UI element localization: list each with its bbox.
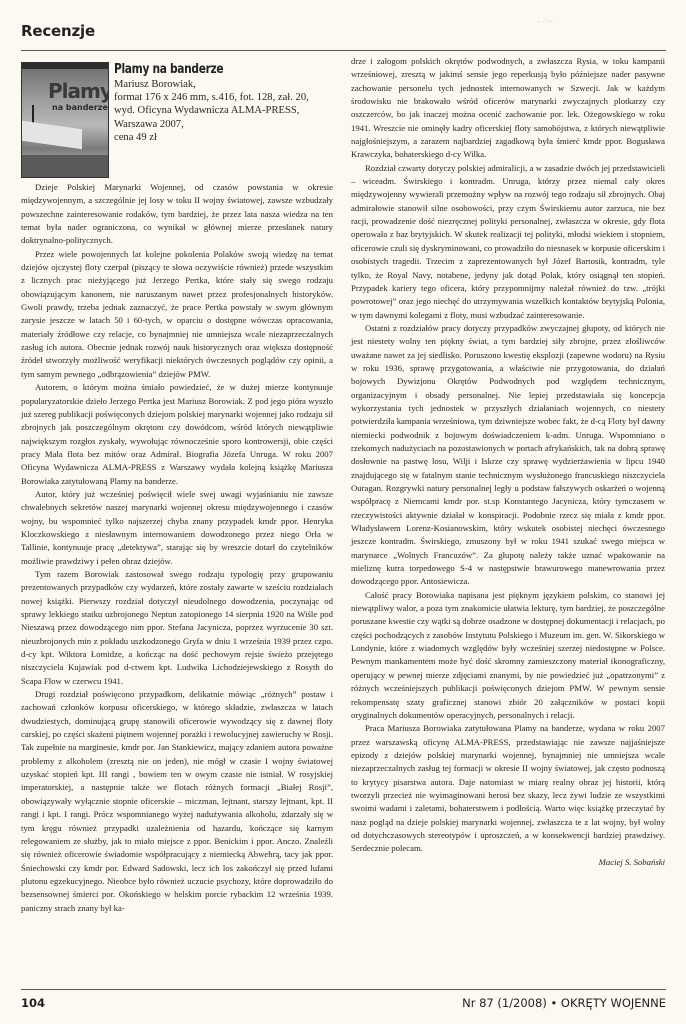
article-right-column: drze i załogom polskich okrętów podwodny… bbox=[351, 55, 665, 869]
paragraph: Drugi rozdział poświęcono przypadkom, de… bbox=[21, 688, 333, 915]
paragraph: Rozdział czwarty dotyczy polskiej admira… bbox=[351, 162, 665, 322]
magazine-issue: Nr 87 (1/2008) • OKRĘTY WOJENNE bbox=[462, 996, 666, 1010]
paragraph: Ostatni z rozdziałów pracy dotyczy przyp… bbox=[351, 322, 665, 589]
cover-top-band bbox=[22, 63, 108, 69]
paragraph: Całość pracy Borowiaka napisana jest pię… bbox=[351, 589, 665, 722]
article-left-column: Dzieje Polskiej Marynarki Wojennej, od c… bbox=[21, 181, 333, 915]
book-price: cena 49 zł bbox=[114, 131, 339, 144]
paragraph: Autor, który już wcześniej poświęcił wie… bbox=[21, 488, 333, 568]
cover-title-line2: na banderze bbox=[52, 103, 108, 112]
author-signature: Maciej S. Sobański bbox=[351, 856, 665, 869]
book-title: Plamy na banderze bbox=[114, 62, 299, 78]
margin-scribble: . .·.. · bbox=[538, 16, 556, 24]
section-title: Recenzje bbox=[21, 22, 95, 40]
paragraph: Dzieje Polskiej Marynarki Wojennej, od c… bbox=[21, 181, 333, 248]
section-header: Recenzje . .·.. · bbox=[21, 12, 666, 51]
book-details: Plamy na banderze Mariusz Borowiak, form… bbox=[114, 62, 339, 144]
book-format: format 176 x 246 mm, s.416, fot. 128, za… bbox=[114, 91, 339, 104]
cover-base-graphic bbox=[22, 155, 108, 177]
cover-ship-graphic bbox=[22, 121, 82, 149]
page-number: 104 bbox=[21, 996, 45, 1010]
book-place-year: Warszawa 2007, bbox=[114, 118, 339, 131]
paragraph-continued: drze i załogom polskich okrętów podwodny… bbox=[351, 55, 665, 162]
page-footer: 104 Nr 87 (1/2008) • OKRĘTY WOJENNE bbox=[21, 989, 666, 990]
book-info-block: Plamy na banderze Plamy na banderze Mari… bbox=[21, 62, 336, 180]
book-publisher: wyd. Oficyna Wydawnicza ALMA-PRESS, bbox=[114, 104, 339, 117]
paragraph: Tym razem Borowiak zastosował swego rodz… bbox=[21, 568, 333, 688]
book-cover-image: Plamy na banderze bbox=[21, 62, 109, 178]
book-author: Mariusz Borowiak, bbox=[114, 78, 339, 91]
cover-title-line1: Plamy bbox=[48, 79, 109, 103]
paragraph: Przez wiele powojennych lat kolejne poko… bbox=[21, 248, 333, 381]
paragraph: Autorem, o którym można śmiało powiedzie… bbox=[21, 381, 333, 488]
paragraph: Praca Mariusza Borowiaka zatytułowana Pl… bbox=[351, 722, 665, 855]
